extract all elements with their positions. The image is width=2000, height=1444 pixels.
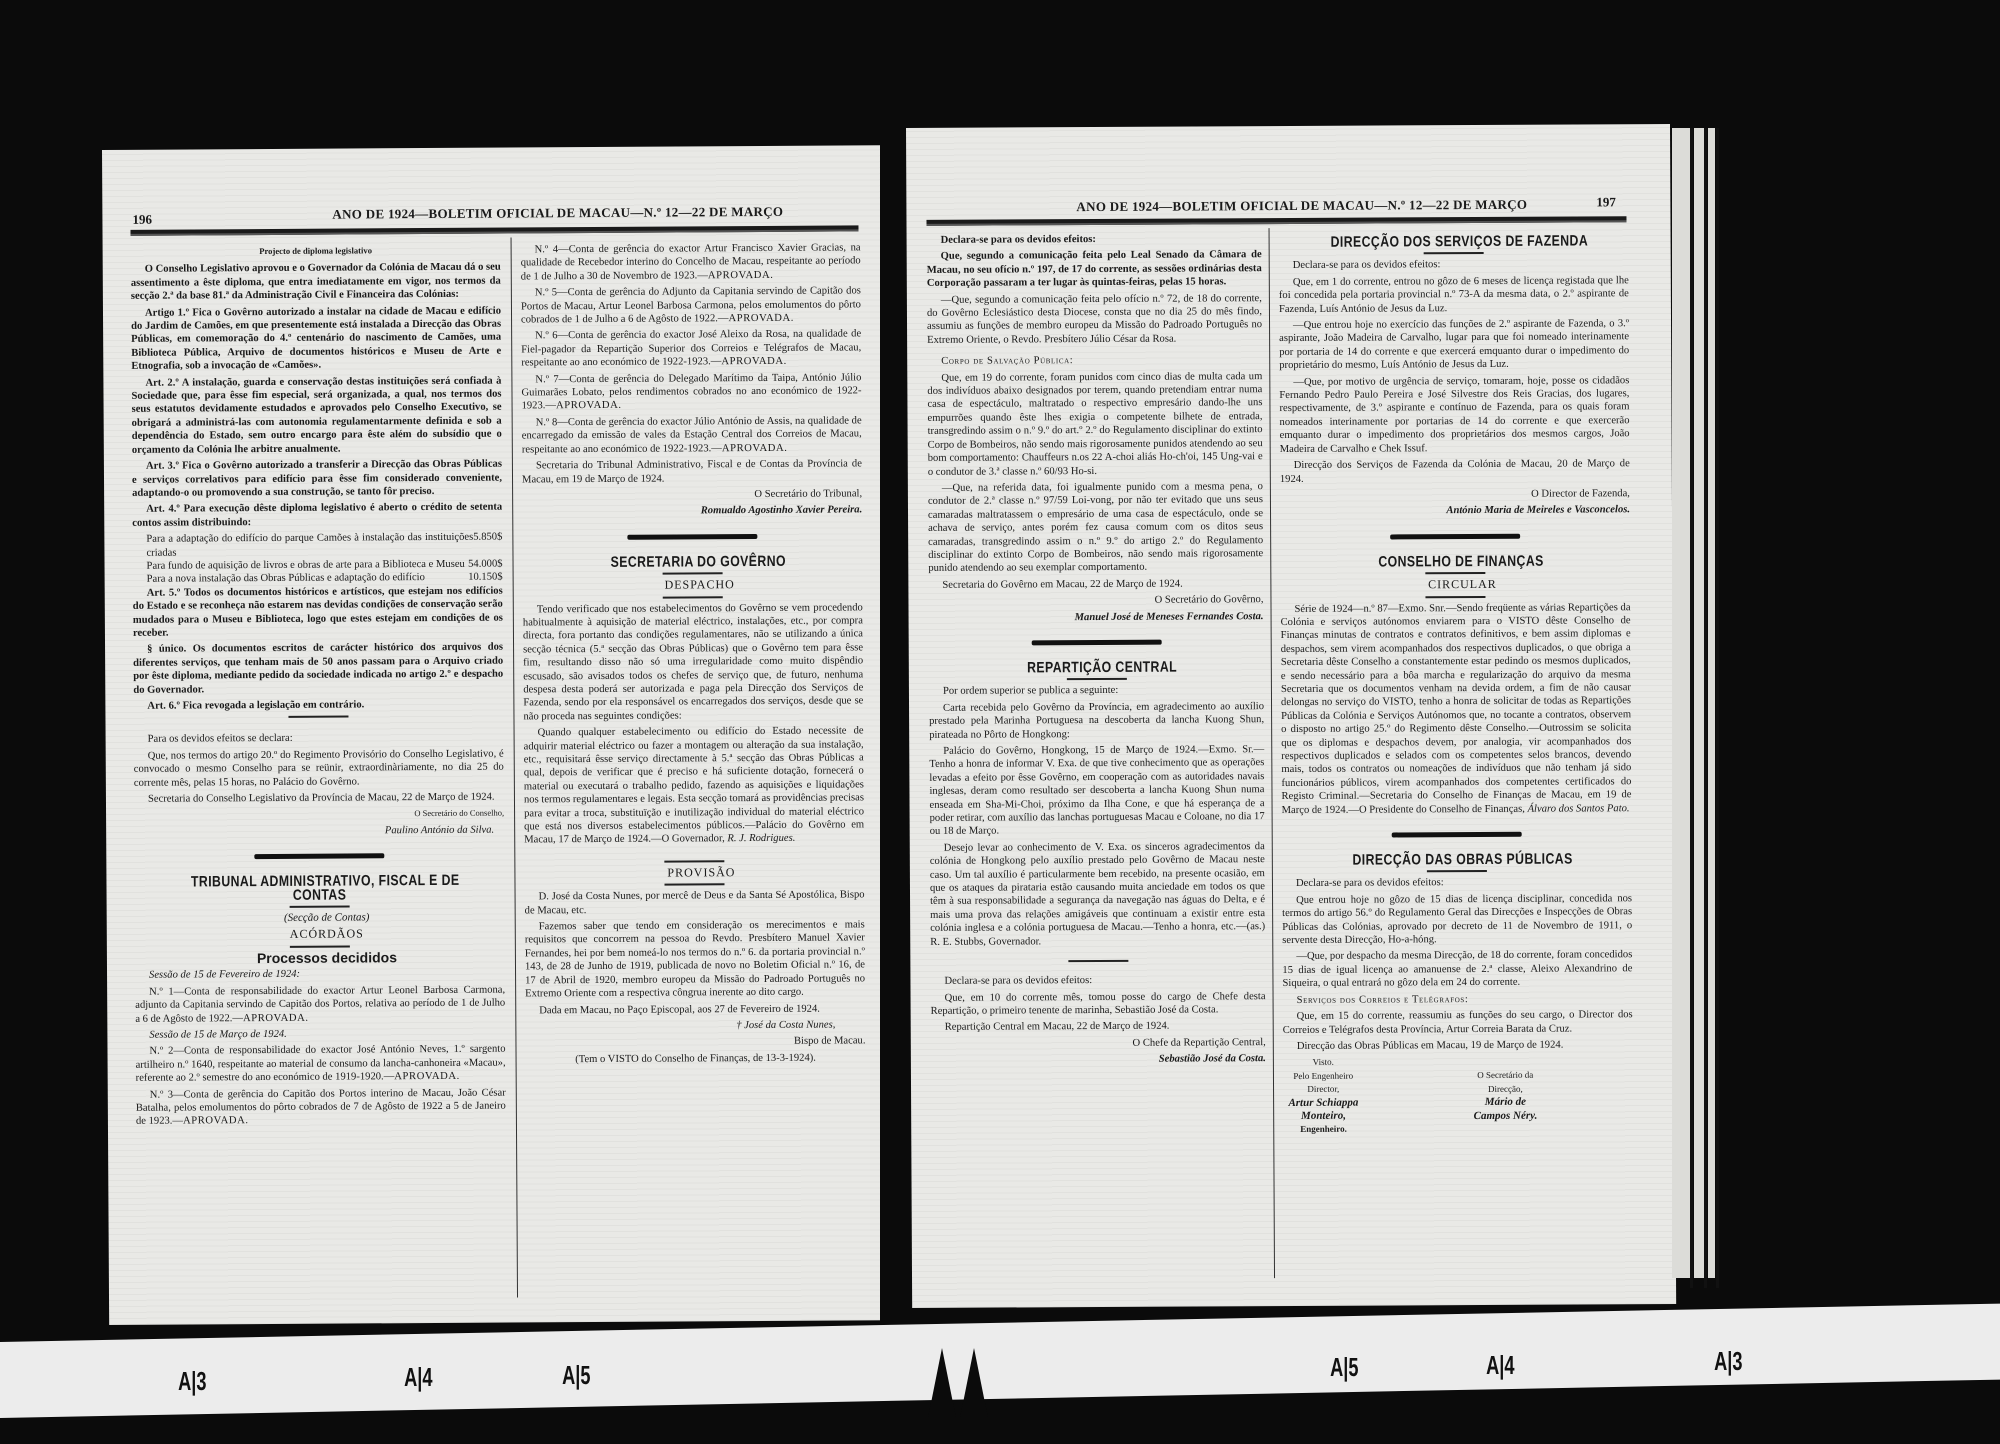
running-head: ANO DE 1924—BOLETIM OFICIAL DE MACAU—N.º… bbox=[332, 204, 783, 223]
page-number: 196 bbox=[132, 212, 152, 228]
tribunal-secretaria-date: Secretaria do Tribunal Administrativo, F… bbox=[522, 457, 862, 486]
paragraph: Carta recebida pelo Govêrno da Província… bbox=[929, 700, 1264, 742]
film-mark: A|5 bbox=[562, 1360, 590, 1391]
paragraph: Palácio do Govêrno, Hongkong, 15 de Març… bbox=[929, 743, 1264, 839]
signature-title: O Secretário do Govêrno, bbox=[928, 593, 1263, 608]
page-edge bbox=[1672, 128, 1690, 1278]
signature-name: Manuel José de Meneses Fernandes Costa. bbox=[929, 610, 1264, 625]
page-edge bbox=[1694, 128, 1704, 1278]
declaration-intro: Para os devidos efeitos se declara: bbox=[134, 731, 504, 747]
process-item: N.º 3—Conta de gerência do Capitão dos P… bbox=[136, 1086, 506, 1128]
film-notch bbox=[928, 1348, 956, 1418]
provisao-paragraph: Dada em Macau, no Paço Episcopal, aos 27… bbox=[525, 1002, 865, 1017]
divider bbox=[1066, 678, 1126, 680]
film-mark: A|4 bbox=[1486, 1350, 1514, 1381]
declaration-intro: Declara-se para os devidos efeitos: bbox=[1282, 876, 1632, 891]
provisao-paragraph: D. José da Costa Nunes, por mercê de Deu… bbox=[525, 889, 865, 918]
page-number: 197 bbox=[1596, 194, 1616, 210]
divider bbox=[1425, 572, 1485, 574]
article-4: Art. 4.º Para execução dêste diploma leg… bbox=[132, 501, 502, 530]
paragraph: —Que entrou hoje no exercício das funçõe… bbox=[1279, 317, 1629, 372]
divider bbox=[1068, 960, 1128, 962]
divider bbox=[1427, 870, 1487, 872]
session-date: Sessão de 15 de Fevereiro de 1924: bbox=[135, 967, 505, 983]
paragraph: —Que, segundo a comunicação feita pelo o… bbox=[927, 292, 1262, 347]
process-item: N.º 5—Conta de gerência do Adjunto da Ca… bbox=[521, 285, 861, 327]
signature-title: O Director de Fazenda, bbox=[1280, 487, 1630, 502]
secretaria-governo-heading: SECRETARIA DO GOVÊRNO bbox=[553, 554, 832, 569]
process-item: N.º 8—Conta de gerência do exactor Júlio… bbox=[522, 414, 862, 456]
paragraph: Que, em 15 do corrente, reassumiu as fun… bbox=[1283, 1008, 1633, 1037]
dual-signature: Visto. Pelo Engenheiro Director, Artur S… bbox=[1283, 1055, 1633, 1137]
page-edge-line bbox=[1704, 128, 1707, 1288]
section-divider bbox=[254, 854, 384, 860]
section-divider bbox=[627, 534, 757, 540]
fazenda-heading: DIRECÇÃO DOS SERVIÇOS DE FAZENDA bbox=[1310, 234, 1597, 249]
secretaria-date: Secretaria do Govêrno em Macau, 22 de Ma… bbox=[928, 577, 1263, 592]
secretaria-date: Secretaria do Conselho Legislativo da Pr… bbox=[134, 791, 504, 807]
article-1: Artigo 1.º Fica o Govêrno autorizado a i… bbox=[131, 304, 501, 373]
processos-heading: Processos decididos bbox=[135, 950, 505, 966]
process-item: N.º 2—Conta de responsabilidade do exact… bbox=[135, 1043, 505, 1085]
divider bbox=[290, 945, 350, 947]
right-page: ANO DE 1924—BOLETIM OFICIAL DE MACAU—N.º… bbox=[906, 124, 1676, 1308]
signature-name: Sebastião José da Costa. bbox=[931, 1052, 1266, 1067]
provisao-heading: PROVISÃO bbox=[524, 865, 864, 880]
header-rule bbox=[926, 216, 1626, 226]
acordaos-heading: ACÓRDÃOS bbox=[135, 927, 505, 943]
paragraph: Que, segundo a comunicação feita pelo Le… bbox=[927, 249, 1262, 291]
right-column-2: DIRECÇÃO DOS SERVIÇOS DE FAZENDA Declara… bbox=[1279, 230, 1634, 1137]
visto-note: (Tem o VISTO do Conselho de Finanças, de… bbox=[526, 1051, 866, 1066]
diploma-title: Projecto de diploma legislativo bbox=[131, 244, 501, 260]
column-divider bbox=[511, 237, 518, 1297]
paragraph: Que, em 19 do corrente, foram punidos co… bbox=[927, 370, 1263, 479]
running-head: ANO DE 1924—BOLETIM OFICIAL DE MACAU—N.º… bbox=[1076, 197, 1527, 215]
process-item: N.º 6—Conta de gerência do exactor José … bbox=[521, 328, 861, 370]
paragraph: Que, em 1 do corrente, entrou no gôzo de… bbox=[1279, 274, 1629, 316]
left-column-2: N.º 4—Conta de gerência do exactor Artur… bbox=[521, 241, 866, 1069]
paragraph: —Que, na referida data, foi igualmente p… bbox=[928, 480, 1263, 576]
signature-name: Paulino António da Silva. bbox=[134, 823, 494, 839]
section-divider bbox=[1392, 832, 1522, 838]
despacho-paragraph: Quando qualquer estabelecimento ou edifí… bbox=[524, 725, 865, 848]
page-edge-line bbox=[1716, 128, 1719, 1288]
page-edge-line bbox=[1690, 128, 1693, 1288]
article-2: Art. 2.º A instalação, guarda e conserva… bbox=[131, 374, 501, 457]
divider bbox=[663, 572, 723, 574]
page-edge bbox=[1708, 128, 1715, 1278]
signature-title: O Secretário do Tribunal, bbox=[522, 487, 862, 502]
conselho-heading: CONSELHO DE FINANÇAS bbox=[1312, 554, 1599, 569]
circular-text: Série de 1924—n.º 87—Exmo. Snr.—Sendo fr… bbox=[1280, 601, 1631, 817]
signature-name: António Maria de Meireles e Vasconcelos. bbox=[1280, 504, 1630, 519]
reparticao-heading: REPARTIÇÃO CENTRAL bbox=[959, 660, 1234, 675]
paragraph: Que entrou hoje no gôzo de 15 dias de li… bbox=[1282, 892, 1632, 947]
diploma-intro: O Conselho Legislativo aprovou e o Gover… bbox=[131, 261, 501, 303]
paragraph: —Que, por motivo de urgência de serviço,… bbox=[1279, 374, 1629, 456]
declaration-intro: Declara-se para os devidos efeitos: bbox=[927, 232, 1262, 247]
divider bbox=[290, 906, 350, 908]
divider bbox=[664, 860, 724, 862]
seccao-subheading: (Secção de Contas) bbox=[135, 911, 505, 927]
left-page: 196 ANO DE 1924—BOLETIM OFICIAL DE MACAU… bbox=[102, 145, 887, 1325]
despacho-heading: DESPACHO bbox=[523, 577, 863, 592]
declaration-intro: Declara-se para os devidos efeitos: bbox=[930, 973, 1265, 988]
film-mark: A|3 bbox=[1714, 1346, 1742, 1377]
obras-date: Direcção das Obras Públicas em Macau, 19… bbox=[1283, 1038, 1633, 1053]
correios-heading: Serviços dos Correios e Telégrafos: bbox=[1283, 992, 1633, 1007]
process-item: N.º 7—Conta de gerência do Delegado Marí… bbox=[521, 371, 861, 413]
film-mark: A|5 bbox=[1330, 1352, 1358, 1383]
despacho-paragraph: Tendo verificado que nos estabelecimento… bbox=[523, 601, 864, 724]
right-column-1: Declara-se para os devidos efeitos: Que,… bbox=[927, 232, 1266, 1070]
article-5: Art. 5.º Todos os documentos históricos … bbox=[133, 584, 503, 640]
divider bbox=[1425, 596, 1485, 598]
process-item: N.º 4—Conta de gerência do exactor Artur… bbox=[521, 241, 861, 283]
credit-row: Para fundo de aquisição de livros e obra… bbox=[133, 557, 503, 573]
paragraph: Que, em 10 do corrente mês, tomou posse … bbox=[931, 990, 1266, 1019]
film-notch bbox=[960, 1348, 988, 1418]
film-mark: A|3 bbox=[178, 1366, 206, 1397]
convocation-text: Que, nos termos do artigo 20.º do Regime… bbox=[134, 747, 504, 789]
article-6: Art. 6.º Fica revogada a legislação em c… bbox=[133, 698, 503, 714]
section-divider bbox=[1031, 640, 1161, 646]
circular-heading: CIRCULAR bbox=[1280, 577, 1630, 592]
fazenda-date: Direcção dos Serviços de Fazenda da Coló… bbox=[1280, 457, 1630, 486]
book-spine bbox=[880, 150, 906, 1330]
divider bbox=[1424, 252, 1484, 254]
column-divider bbox=[1269, 228, 1275, 1278]
obras-heading: DIRECÇÃO DAS OBRAS PÚBLICAS bbox=[1313, 852, 1600, 867]
reparticao-date: Repartição Central em Macau, 22 de Março… bbox=[931, 1019, 1266, 1034]
paragraph: Desejo levar ao conhecimento de V. Exa. … bbox=[930, 840, 1266, 949]
left-column-1: Projecto de diploma legislativo O Consel… bbox=[131, 244, 506, 1132]
divider bbox=[664, 883, 724, 885]
divider bbox=[288, 716, 348, 718]
corpo-heading: Corpo de Salvação Pública: bbox=[927, 353, 1262, 368]
header-rule bbox=[130, 225, 858, 235]
provisao-paragraph: Fazemos saber que tendo em consideração … bbox=[525, 918, 865, 1001]
section-divider bbox=[1390, 534, 1520, 540]
declaration-intro: Declara-se para os devidos efeitos: bbox=[1279, 258, 1629, 273]
article-unico: § único. Os documentos escritos de carác… bbox=[133, 641, 503, 697]
session-date: Sessão de 15 de Março de 1924. bbox=[135, 1026, 505, 1042]
credit-row: Para a adaptação do edifício do parque C… bbox=[132, 531, 502, 560]
bishop-signature: † José da Costa Nunes, bbox=[525, 1018, 835, 1033]
article-3: Art. 3.º Fica o Govêrno autorizado a tra… bbox=[132, 458, 502, 500]
tribunal-heading: TRIBUNAL ADMINISTRATIVO, FISCAL E DE CON… bbox=[168, 874, 472, 903]
paragraph: —Que, por despacho da mesma Direcção, de… bbox=[1282, 949, 1632, 991]
signature-title: O Chefe da Repartição Central, bbox=[931, 1036, 1266, 1051]
process-item: N.º 1—Conta de responsabilidade do exact… bbox=[135, 983, 505, 1025]
signature-title: O Secretário do Conselho, bbox=[134, 807, 504, 823]
film-mark: A|4 bbox=[404, 1362, 432, 1393]
signature-name: Romualdo Agostinho Xavier Pereira. bbox=[522, 504, 862, 519]
bishop-title: Bispo de Macau. bbox=[525, 1035, 865, 1050]
divider bbox=[663, 596, 723, 598]
paragraph: Por ordem superior se publica a seguinte… bbox=[929, 684, 1264, 699]
